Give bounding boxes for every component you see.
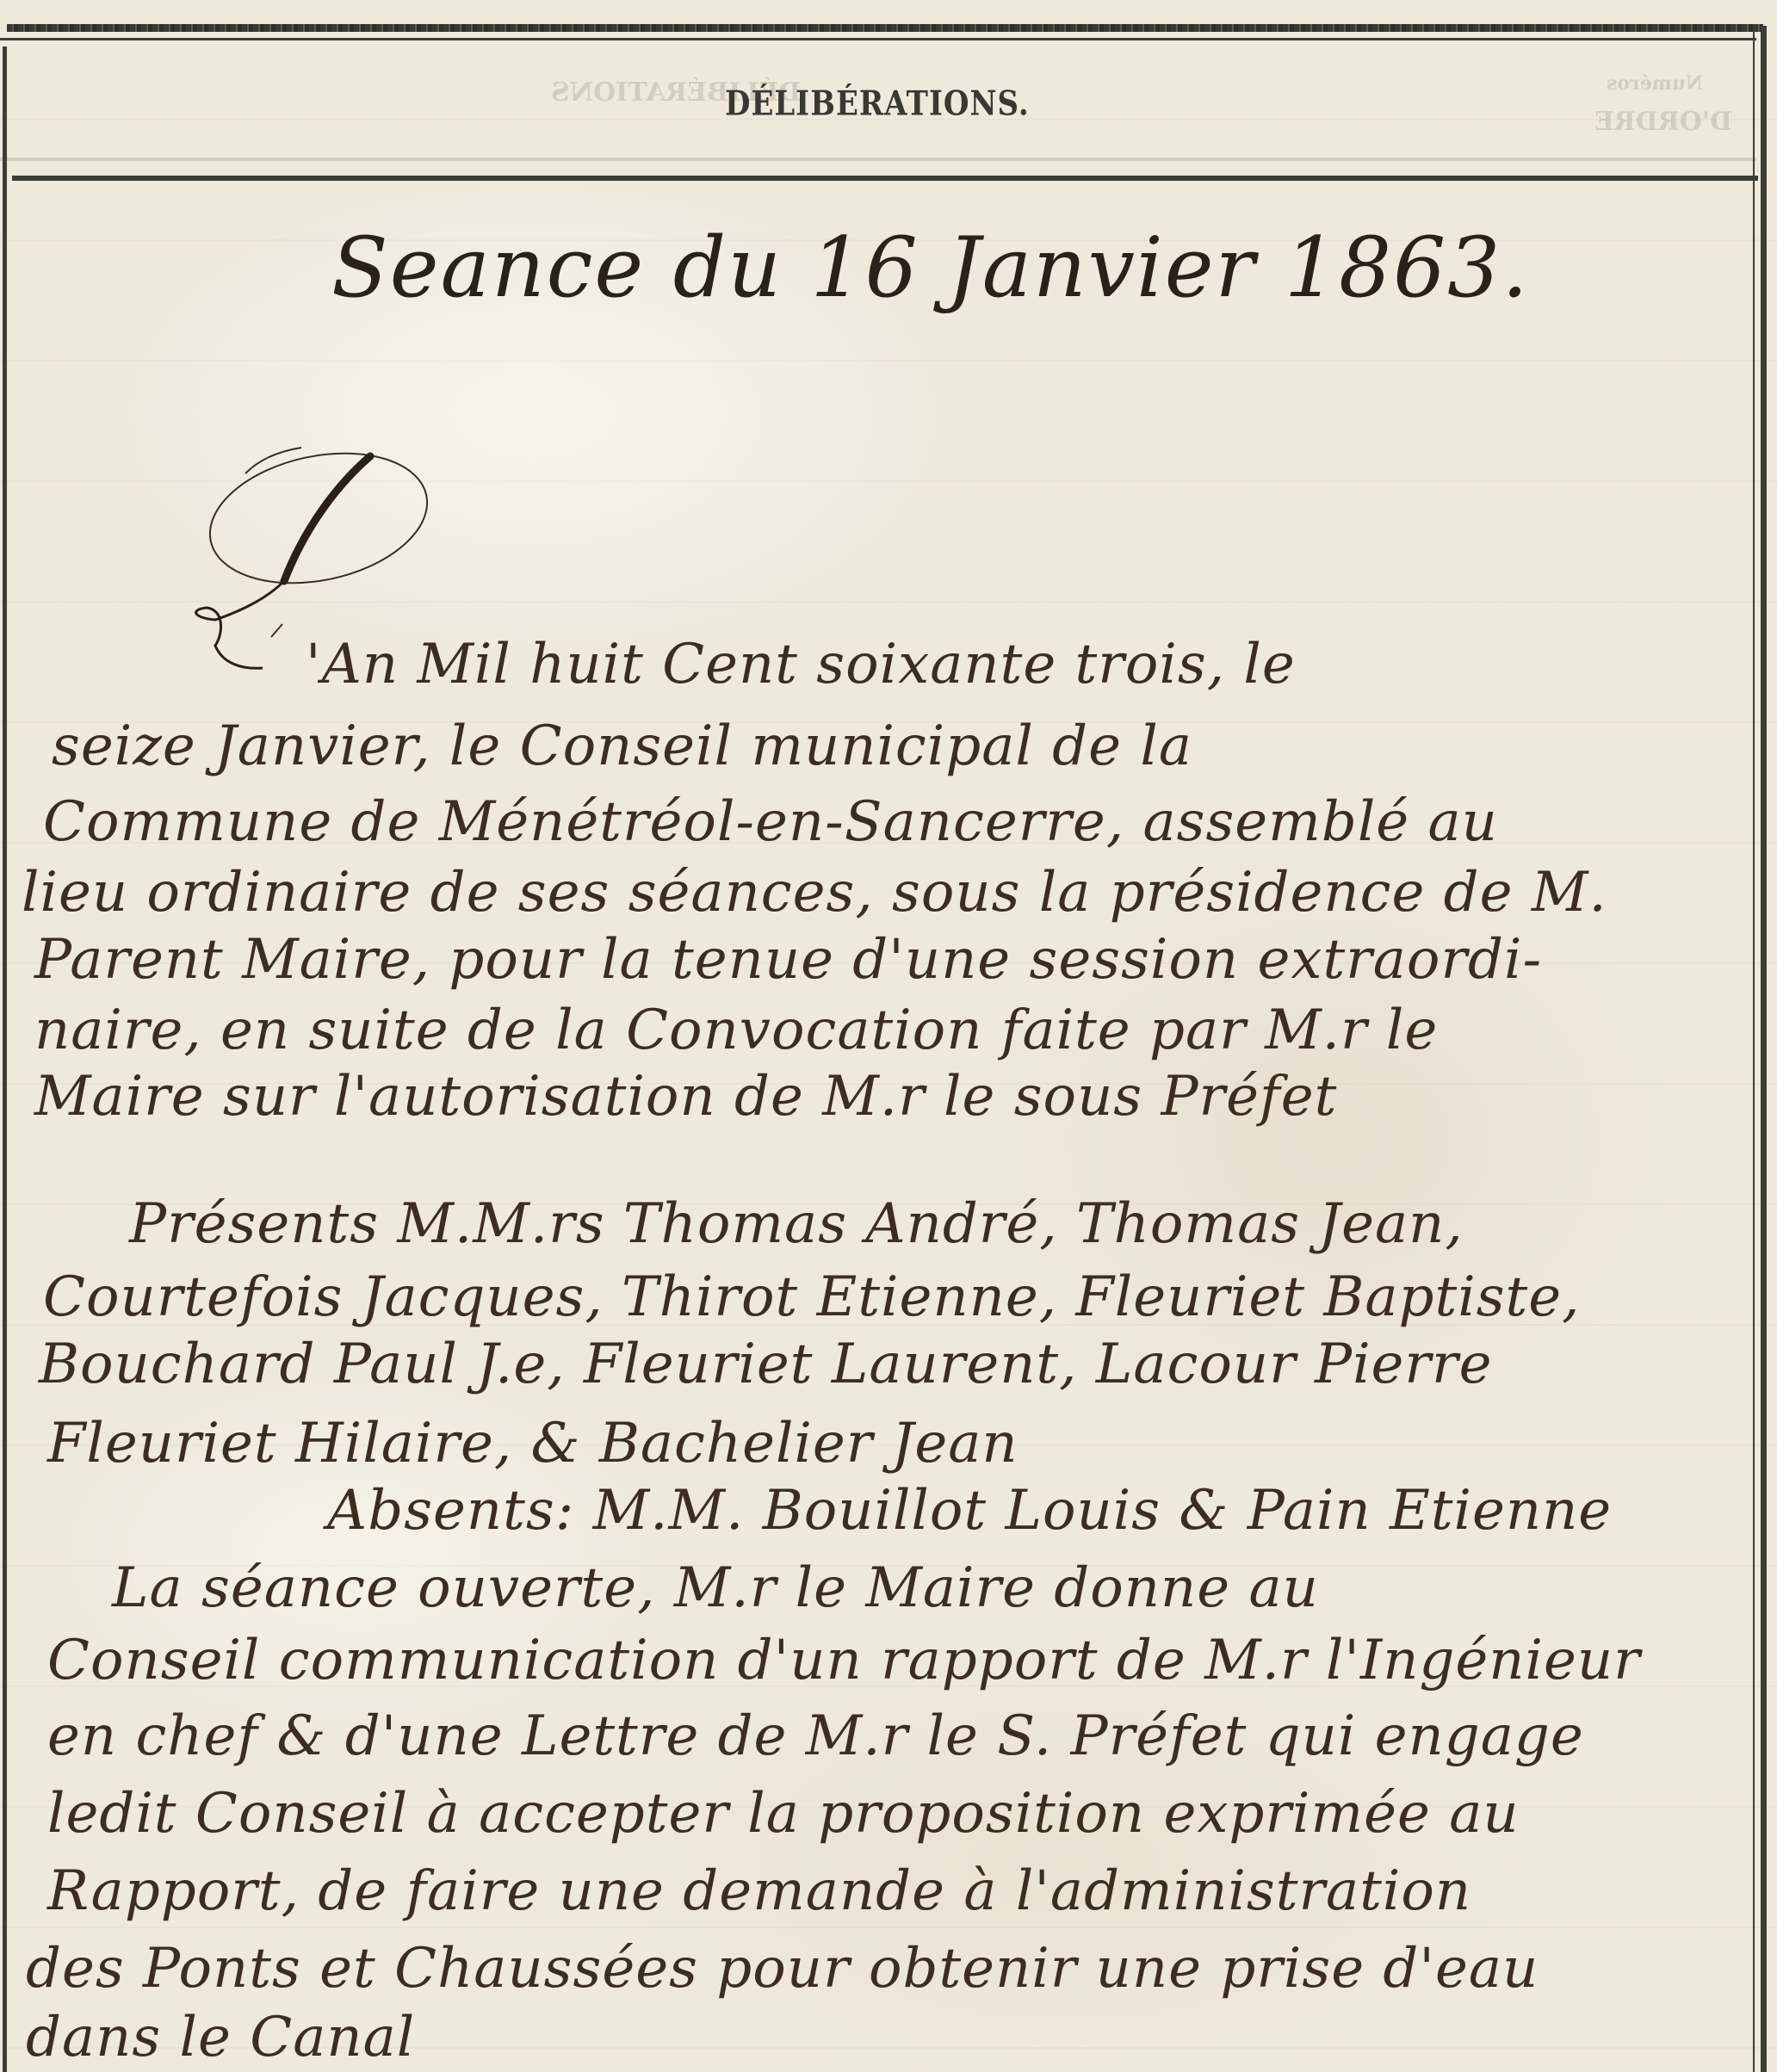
- header-bottom-rule: [12, 176, 1758, 181]
- text-line-15: en chef & d'une Lettre de M.r le S. Préf…: [47, 1704, 1584, 1768]
- text-line-12-absents: Absents: M.M. Bouillot Louis & Pain Etie…: [327, 1479, 1612, 1543]
- right-border-thin-rule: [1753, 26, 1755, 2072]
- text-line-8-presents: Présents M.M.rs Thomas André, Thomas Jea…: [129, 1192, 1464, 1256]
- text-line-4: lieu ordinaire de ses séances, sous la p…: [22, 861, 1607, 925]
- text-line-10: Bouchard Paul J.e, Fleuriet Laurent, Lac…: [39, 1333, 1492, 1396]
- bleed-through-text-right-bottom: D'ORDRE: [1594, 107, 1732, 137]
- left-border-rule: [3, 46, 7, 2072]
- session-title: Seance du 16 Janvier 1863.: [331, 220, 1530, 316]
- text-line-16: ledit Conseil à accepter la proposition …: [47, 1782, 1520, 1846]
- text-line-19: dans le Canal: [26, 2006, 415, 2069]
- text-line-1: 'An Mil huit Cent soixante trois, le: [306, 633, 1296, 696]
- text-line-11: Fleuriet Hilaire, & Bachelier Jean: [47, 1412, 1019, 1475]
- text-line-13: La séance ouverte, M.r le Maire donne au: [112, 1556, 1319, 1620]
- text-line-3: Commune de Ménétréol-en-Sancerre, assemb…: [43, 790, 1498, 854]
- text-line-18: des Ponts et Chaussées pour obtenir une …: [26, 1937, 1539, 2001]
- text-line-2: seize Janvier, le Conseil municipal de l…: [52, 714, 1192, 778]
- top-border-thin-rule: [0, 38, 1756, 40]
- text-line-9: Courtefois Jacques, Thirot Etienne, Fleu…: [43, 1265, 1580, 1329]
- top-border-thick-rule: [7, 24, 1763, 32]
- text-line-5: Parent Maire, pour la tenue d'une sessio…: [34, 928, 1542, 992]
- text-line-6: naire, en suite de la Convocation faite …: [34, 999, 1438, 1062]
- bleed-through-text-right-top: Numéros: [1607, 72, 1703, 95]
- text-line-7: Maire sur l'autorisation de M.r le sous …: [34, 1065, 1337, 1129]
- text-line-17: Rapport, de faire une demande à l'admini…: [47, 1859, 1471, 1923]
- page-header: DÉLIBÉRATIONS.: [725, 84, 1043, 124]
- header-shadow-rule: [0, 158, 1756, 161]
- right-border-thick-rule: [1761, 26, 1767, 2072]
- text-line-14: Conseil communication d'un rapport de M.…: [47, 1629, 1641, 1692]
